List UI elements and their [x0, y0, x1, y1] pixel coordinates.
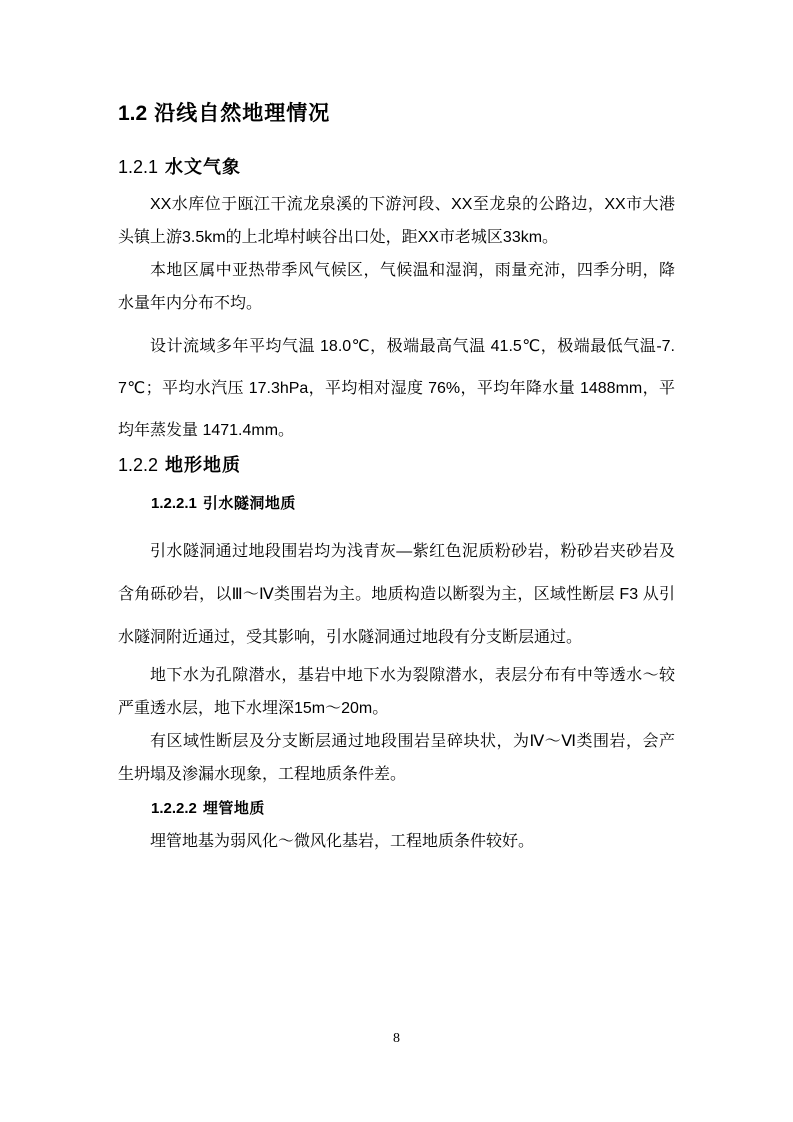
heading-1-2: 1.2沿线自然地理情况: [118, 100, 675, 128]
heading-1-2-2-2: 1.2.2.2埋管地质: [118, 797, 675, 821]
paragraph-pipe-foundation: 埋管地基为弱风化～微风化基岩，工程地质条件较好。: [118, 825, 675, 858]
heading-1-2-1: 1.2.1水文气象: [118, 154, 675, 180]
paragraph-meteorology: 设计流域多年平均气温 18.0℃，极端最高气温 41.5℃，极端最低气温-7.7…: [118, 326, 675, 452]
heading-1-2-title: 沿线自然地理情况: [154, 102, 330, 125]
heading-1-2-2-2-number: 1.2.2.2: [151, 800, 197, 817]
heading-1-2-number: 1.2: [118, 102, 147, 125]
paragraph-fault-zone: 有区域性断层及分支断层通过地段围岩呈碎块状，为Ⅳ～Ⅵ类围岩，会产生坍塌及渗漏水现…: [118, 725, 675, 791]
heading-1-2-2-1-title: 引水隧洞地质: [203, 495, 296, 512]
heading-1-2-2-number: 1.2.2: [118, 455, 158, 475]
heading-1-2-2-2-title: 埋管地质: [203, 800, 265, 817]
page-number: 8: [0, 1031, 793, 1047]
heading-1-2-2: 1.2.2地形地质: [118, 452, 675, 478]
heading-1-2-2-1: 1.2.2.1引水隧洞地质: [118, 492, 675, 516]
paragraph-tunnel-geology: 引水隧洞通过地段围岩均为浅青灰—紫红色泥质粉砂岩，粉砂岩夹砂岩及含角砾砂岩，以Ⅲ…: [118, 530, 675, 659]
heading-1-2-1-number: 1.2.1: [118, 157, 158, 177]
heading-1-2-1-title: 水文气象: [165, 157, 241, 177]
page-content: 1.2沿线自然地理情况 1.2.1水文气象 XX水库位于瓯江干流龙泉溪的下游河段…: [118, 100, 675, 858]
heading-1-2-2-title: 地形地质: [165, 455, 241, 475]
paragraph-reservoir-location: XX水库位于瓯江干流龙泉溪的下游河段、XX至龙泉的公路边，XX市大港头镇上游3.…: [118, 188, 675, 254]
heading-1-2-2-1-number: 1.2.2.1: [151, 495, 197, 512]
document-page: 1.2沿线自然地理情况 1.2.1水文气象 XX水库位于瓯江干流龙泉溪的下游河段…: [0, 0, 793, 1122]
paragraph-groundwater: 地下水为孔隙潜水，基岩中地下水为裂隙潜水，表层分布有中等透水～较严重透水层，地下…: [118, 659, 675, 725]
paragraph-climate: 本地区属中亚热带季风气候区，气候温和湿润，雨量充沛，四季分明，降水量年内分布不均…: [118, 254, 675, 320]
